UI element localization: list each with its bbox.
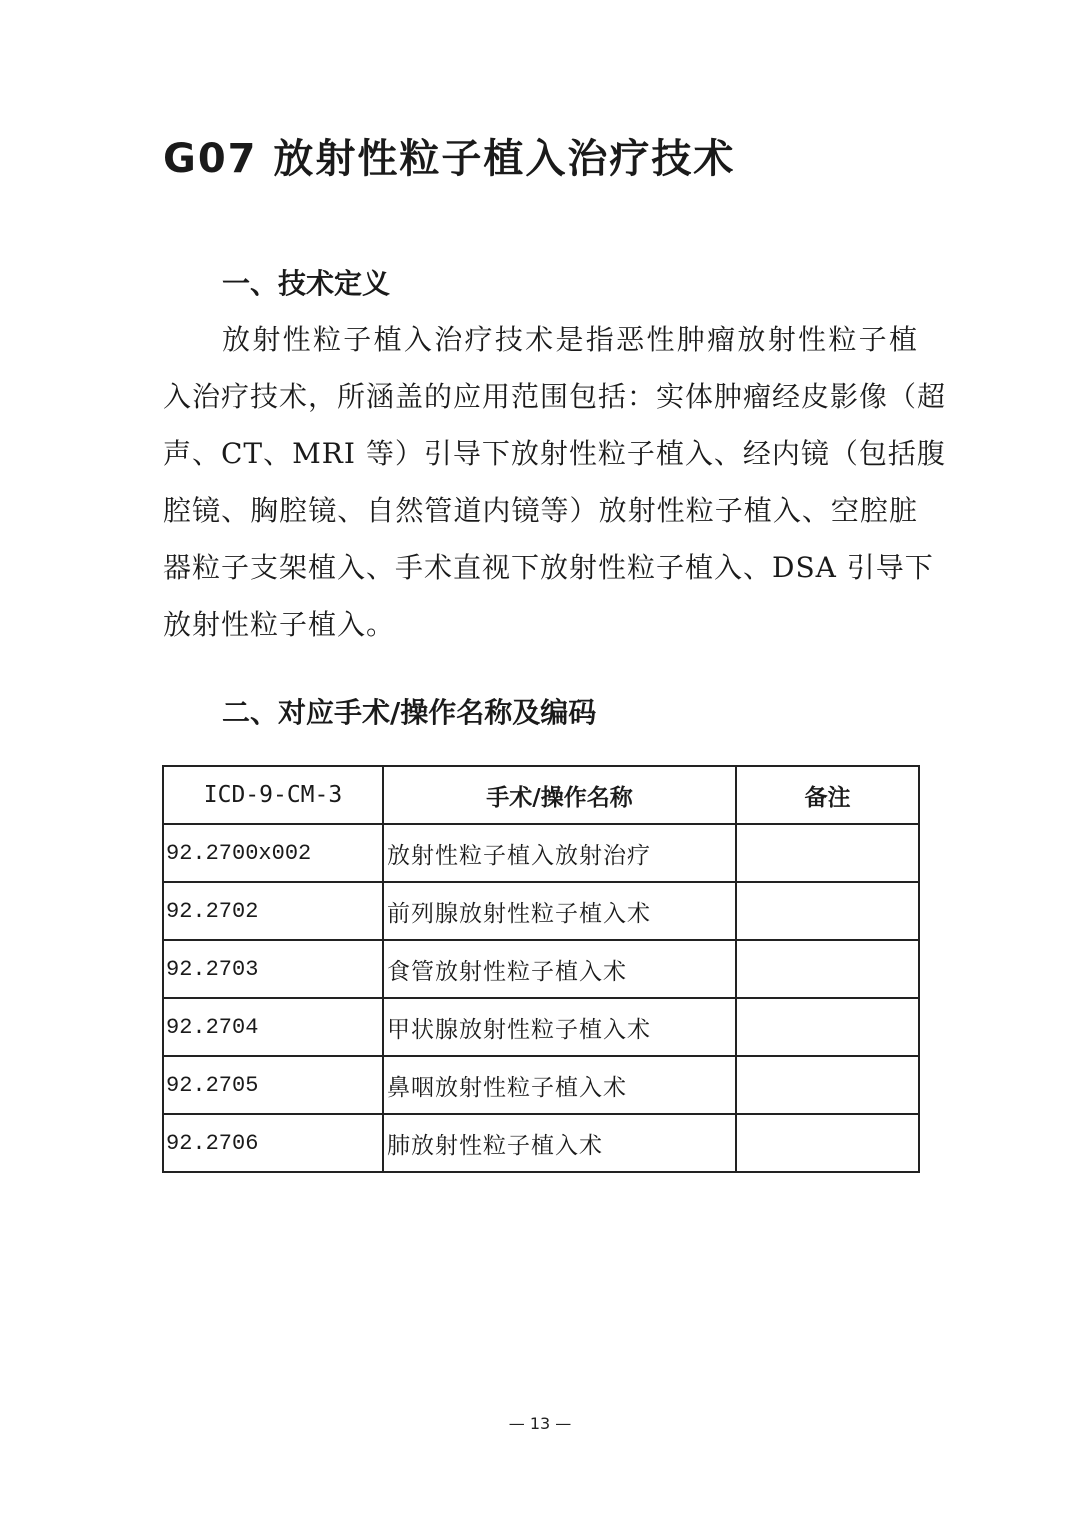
cell-code: 92.2705 (163, 1056, 383, 1114)
paragraph-line: 放射性粒子植入治疗技术是指恶性肿瘤放射性粒子植 (222, 322, 918, 358)
cell-note (736, 1114, 919, 1172)
cell-note (736, 824, 919, 882)
cell-code: 92.2703 (163, 940, 383, 998)
cell-name: 前列腺放射性粒子植入术 (383, 882, 736, 940)
cell-code: 92.2702 (163, 882, 383, 940)
table-row: 92.2702 前列腺放射性粒子植入术 (163, 882, 919, 940)
cell-note (736, 882, 919, 940)
column-header-name: 手术/操作名称 (383, 766, 736, 824)
cell-note (736, 998, 919, 1056)
paragraph-line: 器粒子支架植入、手术直视下放射性粒子植入、DSA 引导下 (163, 550, 918, 586)
table-row: 92.2704 甲状腺放射性粒子植入术 (163, 998, 919, 1056)
procedure-code-table: ICD-9-CM-3 手术/操作名称 备注 92.2700x002 放射性粒子植… (162, 765, 920, 1173)
table-header-row: ICD-9-CM-3 手术/操作名称 备注 (163, 766, 919, 824)
table-row: 92.2705 鼻咽放射性粒子植入术 (163, 1056, 919, 1114)
paragraph-line: 声、CT、MRI 等）引导下放射性粒子植入、经内镜（包括腹 (163, 436, 918, 472)
cell-name: 肺放射性粒子植入术 (383, 1114, 736, 1172)
table-row: 92.2706 肺放射性粒子植入术 (163, 1114, 919, 1172)
table-row: 92.2703 食管放射性粒子植入术 (163, 940, 919, 998)
page-number: — 13 — (0, 1414, 1080, 1433)
paragraph-line: 放射性粒子植入。 (163, 607, 918, 643)
section-heading-codes: 二、对应手术/操作名称及编码 (222, 695, 596, 731)
cell-code: 92.2700x002 (163, 824, 383, 882)
column-header-code: ICD-9-CM-3 (163, 766, 383, 824)
cell-note (736, 1056, 919, 1114)
paragraph-line: 腔镜、胸腔镜、自然管道内镜等）放射性粒子植入、空腔脏 (163, 493, 918, 529)
cell-code: 92.2706 (163, 1114, 383, 1172)
cell-note (736, 940, 919, 998)
cell-code: 92.2704 (163, 998, 383, 1056)
document-title: G07 放射性粒子植入治疗技术 (163, 134, 735, 184)
cell-name: 甲状腺放射性粒子植入术 (383, 998, 736, 1056)
cell-name: 鼻咽放射性粒子植入术 (383, 1056, 736, 1114)
section-heading-definition: 一、技术定义 (222, 266, 390, 302)
cell-name: 食管放射性粒子植入术 (383, 940, 736, 998)
paragraph-line: 入治疗技术，所涵盖的应用范围包括：实体肿瘤经皮影像（超 (163, 379, 918, 415)
cell-name: 放射性粒子植入放射治疗 (383, 824, 736, 882)
column-header-note: 备注 (736, 766, 919, 824)
table-row: 92.2700x002 放射性粒子植入放射治疗 (163, 824, 919, 882)
